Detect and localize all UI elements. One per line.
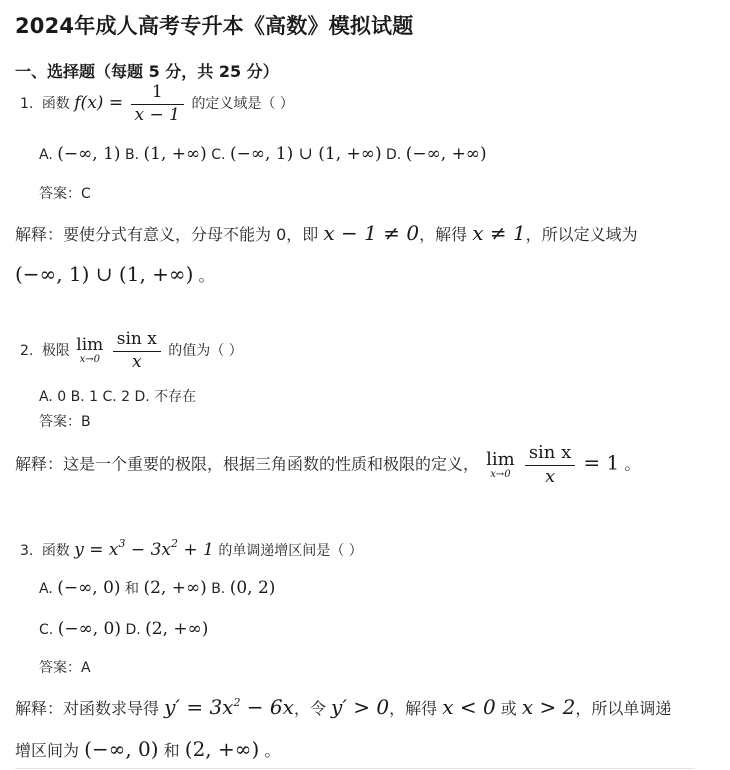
- question-stem-suffix: 的单调递增区间是（ ）: [218, 543, 362, 559]
- question-3-stem: 3. 函数 y = x3 − 3x2 + 1 的单调递增区间是（ ）: [20, 537, 363, 560]
- math-limit: lim x→0: [76, 337, 103, 365]
- option-a-value-2: (2, +∞): [143, 578, 206, 598]
- option-b-value: (0, 2): [230, 578, 276, 598]
- answer-value: A: [81, 660, 91, 676]
- answer-label: 答案：: [39, 660, 81, 676]
- explanation-text: ，所以单调递: [575, 699, 671, 718]
- explanation-math: x > 2: [522, 695, 575, 719]
- question-stem-prefix: 极限: [42, 343, 70, 359]
- explanation-text: 和: [164, 741, 180, 760]
- fraction-numerator: 1: [131, 83, 184, 105]
- fraction-numerator: sin x: [113, 330, 161, 352]
- explanation-math: x ≠ 1: [472, 221, 525, 245]
- option-c-label: C.: [39, 622, 53, 638]
- math-part: y = x: [74, 540, 118, 560]
- explanation-label: 解释：: [15, 699, 63, 718]
- question-stem-prefix: 函数: [42, 543, 70, 559]
- explanation-text: ，令: [294, 699, 326, 718]
- option-a-label: A.: [39, 581, 53, 597]
- explanation-text: ，所以定义域为: [526, 225, 638, 244]
- option-a-label: A.: [39, 147, 53, 163]
- question-3-explanation-line-2: 增区间为 (−∞, 0) 和 (2, +∞) 。: [15, 737, 280, 761]
- explanation-text: 要使分式有意义，分母不能为 0，即: [63, 225, 318, 244]
- explanation-end: 。: [264, 741, 280, 760]
- option-d-label: D.: [386, 147, 401, 163]
- explanation-text: ，解得: [389, 699, 437, 718]
- math-part: y′ = 3x: [164, 695, 233, 719]
- question-3-options-line-2: C. (−∞, 0) D. (2, +∞): [39, 619, 208, 639]
- option-b-label: B.: [125, 147, 139, 163]
- limit-subscript: x→0: [486, 469, 515, 480]
- explanation-text: 对函数求导得: [63, 699, 159, 718]
- question-1-explanation-line-2: (−∞, 1) ∪ (1, +∞) 。: [15, 262, 215, 286]
- explanation-math: (2, +∞): [185, 737, 259, 761]
- explanation-end: 。: [624, 455, 640, 474]
- question-3-explanation-line-1: 解释：对函数求导得 y′ = 3x2 − 6x，令 y′ > 0，解得 x < …: [15, 695, 671, 719]
- limit-subscript: x→0: [76, 354, 103, 365]
- question-number: 3.: [20, 543, 33, 559]
- fraction-denominator: x − 1: [131, 105, 184, 126]
- option-d-value: (−∞, +∞): [406, 144, 487, 164]
- explanation-math: y′ > 0: [331, 695, 389, 719]
- fraction-denominator: x: [113, 352, 161, 373]
- math-exponent: 3: [119, 537, 126, 550]
- explanation-math: (−∞, 0): [84, 737, 158, 761]
- question-1-answer: 答案：C: [39, 183, 91, 203]
- explanation-end: 。: [199, 266, 215, 285]
- math-function: y = x3 − 3x2 + 1: [74, 540, 214, 560]
- question-number: 2.: [20, 343, 33, 359]
- explanation-math: x < 0: [442, 695, 495, 719]
- explanation-text: 或: [501, 699, 517, 718]
- question-1-stem: 1. 函数 f(x) = 1 x − 1 的定义域是（ ）: [20, 83, 294, 125]
- explanation-label: 解释：: [15, 225, 63, 244]
- explanation-math: x − 1 ≠ 0: [323, 221, 419, 245]
- math-fraction: sin x x: [525, 443, 575, 487]
- fraction-numerator: sin x: [525, 443, 575, 466]
- option-b-label: B.: [211, 581, 225, 597]
- option-c-value: (−∞, 0): [58, 619, 121, 639]
- answer-value: C: [81, 186, 91, 202]
- question-1-options: A. (−∞, 1) B. (1, +∞) C. (−∞, 1) ∪ (1, +…: [39, 144, 487, 164]
- math-limit: lim x→0: [486, 451, 515, 480]
- question-stem-suffix: 的定义域是（ ）: [191, 96, 293, 112]
- question-2-stem: 2. 极限 lim x→0 sin x x 的值为（ ）: [20, 330, 243, 372]
- section-heading: 一、选择题（每题 5 分，共 25 分）: [15, 59, 279, 82]
- option-a-value: (−∞, 0): [57, 578, 120, 598]
- explanation-text: 增区间为: [15, 741, 79, 760]
- section-divider: [15, 768, 695, 769]
- math-exponent: 2: [171, 537, 178, 550]
- option-c-label: C.: [211, 147, 225, 163]
- explanation-math: (−∞, 1) ∪ (1, +∞): [15, 262, 193, 286]
- question-stem-suffix: 的值为（ ）: [168, 343, 242, 359]
- answer-value: B: [81, 414, 91, 430]
- limit-operator: lim: [76, 337, 103, 354]
- math-part: + 1: [178, 540, 214, 560]
- explanation-label: 解释：: [15, 455, 63, 474]
- question-stem-prefix: 函数: [42, 96, 70, 112]
- answer-label: 答案：: [39, 414, 81, 430]
- explanation-math: y′ = 3x2 − 6x: [164, 695, 294, 719]
- question-2-answer: 答案：B: [39, 411, 91, 431]
- option-b-value: (1, +∞): [144, 144, 207, 164]
- option-a-value: (−∞, 1): [57, 144, 120, 164]
- fraction-denominator: x: [525, 466, 575, 488]
- limit-operator: lim: [486, 451, 515, 469]
- math-fraction: sin x x: [113, 330, 161, 372]
- math-lhs: f(x) =: [74, 93, 123, 113]
- question-3-options-line-1: A. (−∞, 0) 和 (2, +∞) B. (0, 2): [39, 578, 275, 598]
- math-fraction: 1 x − 1: [131, 83, 184, 125]
- question-number: 1.: [20, 96, 33, 112]
- explanation-text: ，解得: [419, 225, 467, 244]
- question-1-explanation-line-1: 解释：要使分式有意义，分母不能为 0，即 x − 1 ≠ 0，解得 x ≠ 1，…: [15, 221, 638, 245]
- math-part: − 3x: [126, 540, 171, 560]
- option-c-value: (−∞, 1) ∪ (1, +∞): [230, 144, 382, 164]
- question-3-answer: 答案：A: [39, 657, 91, 677]
- page-title: 2024年成人高考专升本《高数》模拟试题: [15, 10, 413, 40]
- option-d-value: (2, +∞): [145, 619, 208, 639]
- math-part: − 6x: [240, 695, 293, 719]
- option-d-label: D.: [125, 622, 140, 638]
- explanation-result: = 1: [583, 451, 619, 475]
- question-2-options: A. 0 B. 1 C. 2 D. 不存在: [39, 386, 196, 406]
- explanation-text: 这是一个重要的极限，根据三角函数的性质和极限的定义，: [63, 455, 479, 474]
- answer-label: 答案：: [39, 186, 81, 202]
- option-a-joiner: 和: [125, 581, 139, 597]
- question-2-explanation: 解释：这是一个重要的极限，根据三角函数的性质和极限的定义， lim x→0 si…: [15, 443, 640, 487]
